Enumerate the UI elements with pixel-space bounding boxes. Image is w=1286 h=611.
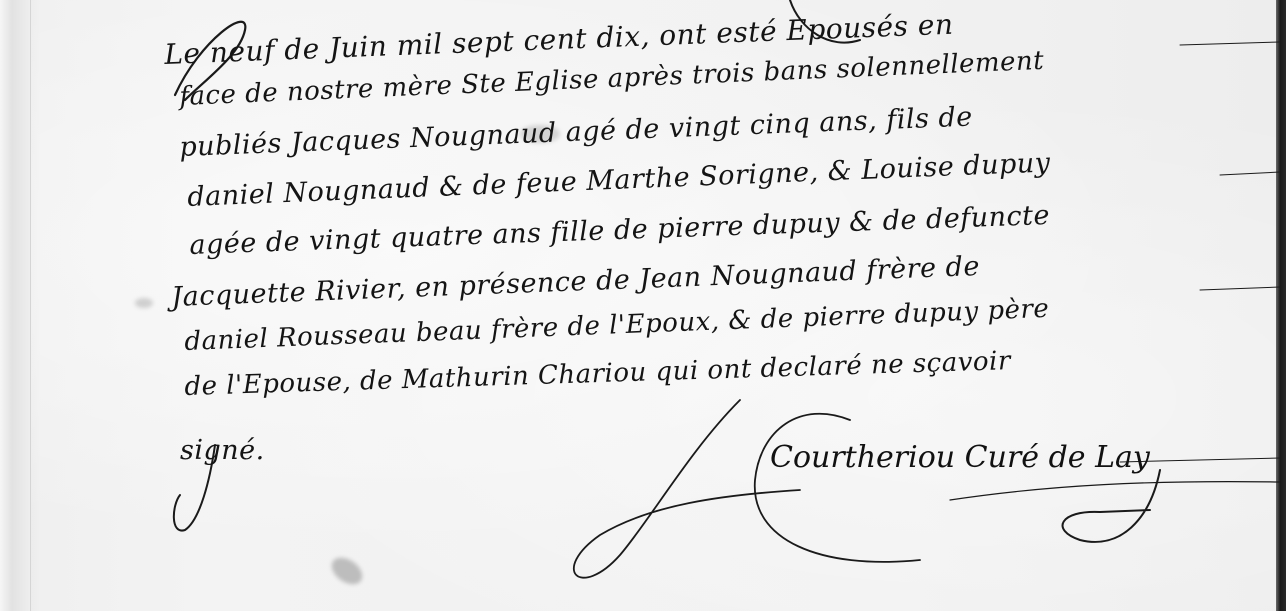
register-line-5: agée de vingt quatre ans fille de pierre…	[189, 200, 1051, 261]
ink-stain	[327, 552, 367, 590]
register-line-8: de l'Epouse, de Mathurin Chariou qui ont…	[184, 346, 1011, 402]
ink-stain	[135, 298, 153, 308]
priest-signature: Courtheriou Curé de Lay	[770, 440, 1150, 475]
page-binding-edge	[1276, 0, 1286, 611]
manuscript-page: Le neuf de Juin mil sept cent dix, ont e…	[0, 0, 1286, 611]
register-line-3: publiés Jacques Nougnaud agé de vingt ci…	[179, 102, 973, 163]
page-left-edge	[0, 0, 31, 611]
register-line-9: signé.	[180, 435, 265, 466]
